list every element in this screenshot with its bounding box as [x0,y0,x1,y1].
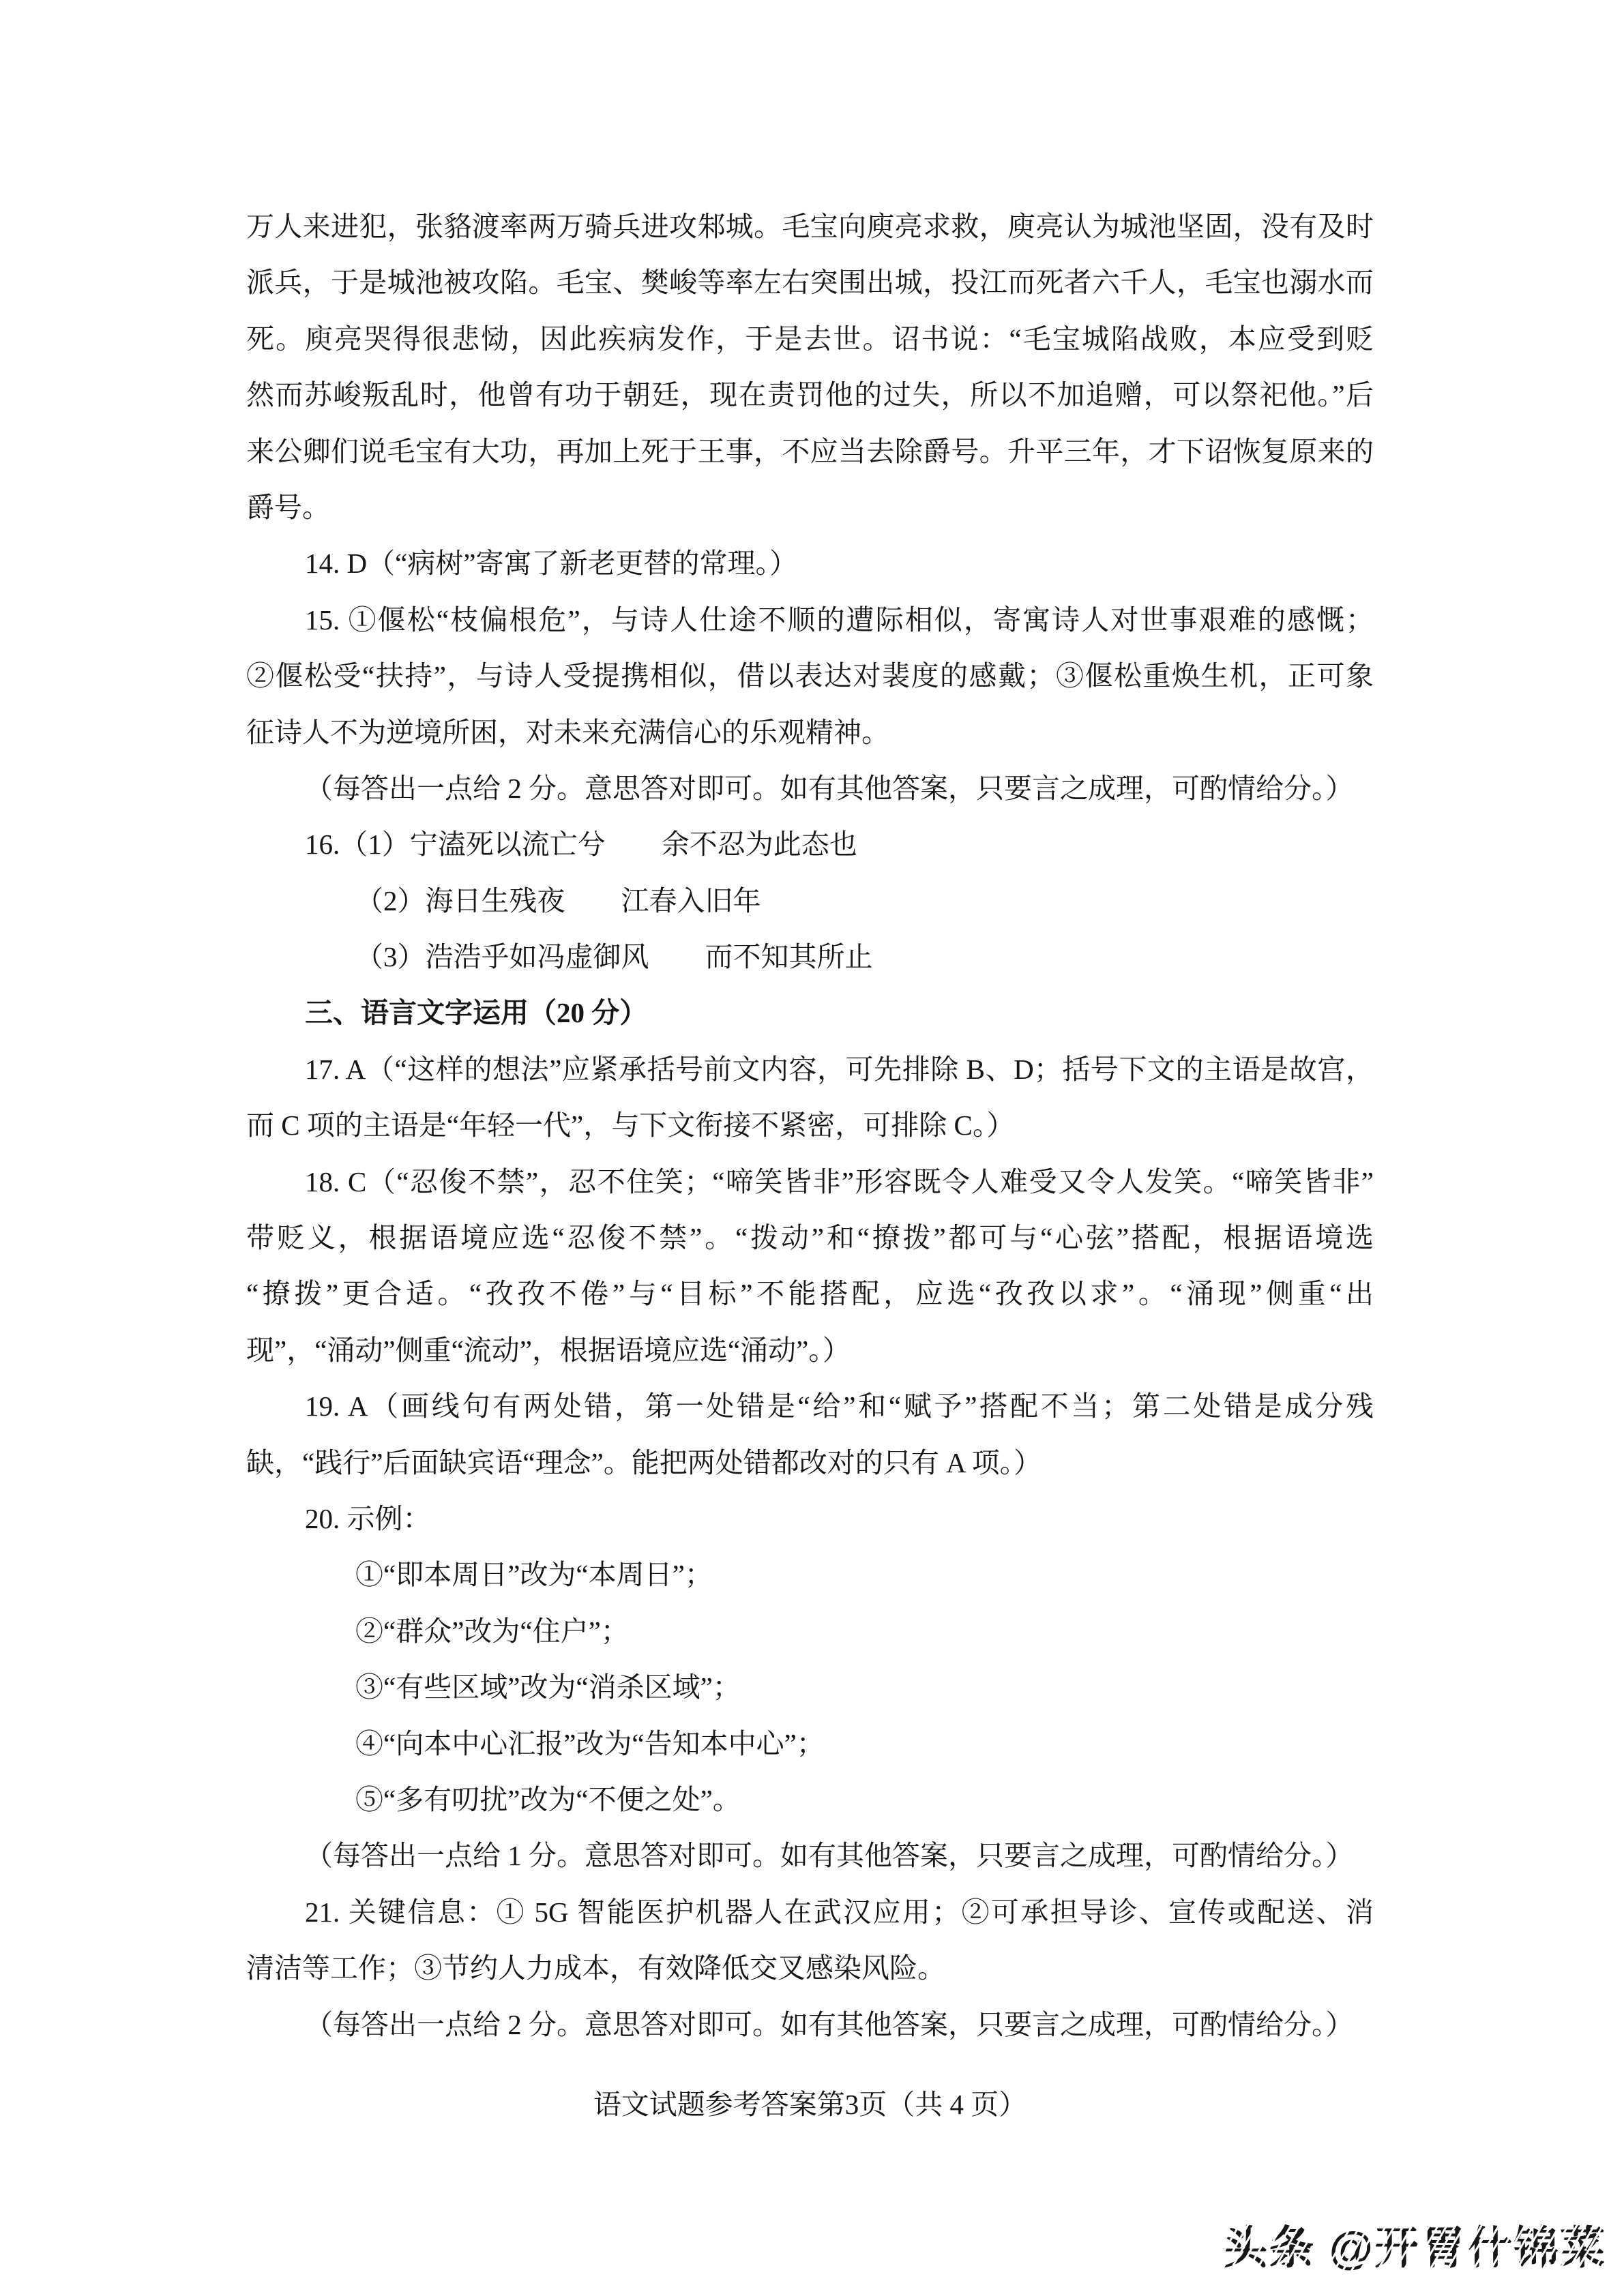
text-line: 21. 关键信息：① 5G 智能医护机器人在武汉应用；②可承担导诊、宣传或配送、… [246,1884,1374,1940]
text-line: 来公卿们说毛宝有大功，再加上死于王事，不应当去除爵号。升平三年，才下诏恢复原来的 [246,423,1374,479]
text-line: 而 C 项的主语是“年轻一代”，与下文衔接不紧密，可排除 C。） [246,1097,1374,1153]
text-line: （每答出一点给 2 分。意思答对即可。如有其他答案，只要言之成理，可酌情给分。） [246,1997,1374,2053]
text-line: 然而苏峻叛乱时，他曾有功于朝廷，现在责罚他的过失，所以不加追赠，可以祭祀他。”后 [246,367,1374,423]
text-line: 三、语言文字运用（20 分） [246,985,1374,1041]
text-line: 现”，“涌动”侧重“流动”，根据语境应选“涌动”。） [246,1322,1374,1378]
text-line: 爵号。 [246,479,1374,535]
text-line: ③“有些区域”改为“消杀区域”； [246,1659,1374,1715]
page-footer: 语文试题参考答案第3页（共 4 页） [246,2076,1374,2132]
text-line: ①“即本周日”改为“本周日”； [246,1547,1374,1602]
text-line: 19. A（画线句有两处错，第一处错是“给”和“赋予”搭配不当；第二处错是成分残 [246,1378,1374,1434]
text-line: ④“向本中心汇报”改为“告知本中心”； [246,1716,1374,1772]
text-line: （每答出一点给 1 分。意思答对即可。如有其他答案，只要言之成理，可酌情给分。） [246,1828,1374,1883]
text-line: （每答出一点给 2 分。意思答对即可。如有其他答案，只要言之成理，可酌情给分。） [246,760,1374,816]
text-line: 缺，“践行”后面缺宾语“理念”。能把两处错都改对的只有 A 项。） [246,1435,1374,1491]
text-line: （2）海日生残夜 江春入旧年 [246,873,1374,929]
text-line: （3）浩浩乎如冯虚御风 而不知其所止 [246,929,1374,985]
page: { "document": { "body_lines": [ {"text":… [0,0,1624,2296]
text-line: ⑤“多有叨扰”改为“不便之处”。 [246,1772,1374,1828]
watermark: 头条 @开胃什锦菜 [1222,2211,1606,2276]
document-body: 万人来进犯，张貉渡率两万骑兵进攻邾城。毛宝向庾亮求救，庾亮认为城池坚固，没有及时… [246,198,1374,2053]
text-line: 14. D（“病树”寄寓了新老更替的常理。） [246,535,1374,591]
text-line: 20. 示例： [246,1491,1374,1547]
text-line: 15. ①偃松“枝偏根危”，与诗人仕途不顺的遭际相似，寄寓诗人对世事艰难的感慨； [246,592,1374,648]
text-line: 带贬义，根据语境应选“忍俊不禁”。“拨动”和“撩拨”都可与“心弦”搭配，根据语境… [246,1210,1374,1266]
text-line: 死。庾亮哭得很悲恸，因此疾病发作，于是去世。诏书说：“毛宝城陷战败，本应受到贬黜… [246,311,1374,367]
text-line: “撩拨”更合适。“孜孜不倦”与“目标”不能搭配，应选“孜孜以求”。“涌现”侧重“… [246,1266,1374,1322]
text-line: 清洁等工作；③节约人力成本，有效降低交叉感染风险。 [246,1940,1374,1996]
text-line: 征诗人不为逆境所困，对未来充满信心的乐观精神。 [246,704,1374,760]
text-line: 18. C（“忍俊不禁”，忍不住笑；“啼笑皆非”形容既令人难受又令人发笑。“啼笑… [246,1154,1374,1210]
text-line: ②“群众”改为“住户”； [246,1603,1374,1659]
text-line: 派兵，于是城池被攻陷。毛宝、樊峻等率左右突围出城，投江而死者六千人，毛宝也溺水而 [246,254,1374,310]
text-line: 17. A（“这样的想法”应紧承括号前文内容，可先排除 B、D；括号下文的主语是… [246,1041,1374,1097]
text-line: ②偃松受“扶持”，与诗人受提携相似，借以表达对裴度的感戴；③偃松重焕生机，正可象 [246,648,1374,704]
text-line: 16.（1）宁溘死以流亡兮 余不忍为此态也 [246,816,1374,872]
text-line: 万人来进犯，张貉渡率两万骑兵进攻邾城。毛宝向庾亮求救，庾亮认为城池坚固，没有及时 [246,198,1374,254]
